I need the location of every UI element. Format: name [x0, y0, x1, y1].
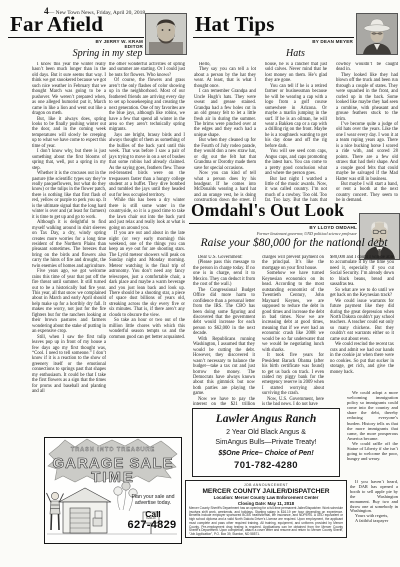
omdahl-title: Omdahl's Out Look	[191, 202, 344, 220]
mercer-county-job-ad: JOB ANNOUNCEMENT MERCER COUNTY JAILER/DI…	[185, 480, 347, 538]
mercer-ad-kicker: JOB ANNOUNCEMENT	[189, 483, 343, 487]
omdahl-column-2: charges will prevent payment on the prin…	[262, 255, 324, 405]
omdahl-credit-line: Former lieutenant governor, UND politica…	[200, 231, 357, 236]
hat-tips-column-2: house, he is a rancher that just sold ca…	[265, 62, 327, 204]
lawler-ad-title: Lawler Angus Ranch	[193, 413, 339, 425]
hat-tips-column-1: Hello,They say you can tell a lot about …	[194, 62, 256, 204]
garage-sale-ad: SALE TRASH INTO TREASURE GARAGE SALE TIM…	[44, 437, 182, 544]
omdahl-column-1: Dear U.S. Government:(Please pass this m…	[193, 255, 255, 405]
newspaper-page: 4— New Town News, Friday, April 20, 2018…	[0, 0, 400, 567]
garage-ad-title-line2: TIME	[45, 469, 181, 486]
lawler-ad-phone-number: 701-782-4280	[193, 460, 339, 471]
garage-ad-banner: TRASH INTO TREASURE	[45, 447, 181, 453]
mercer-ad-fine-print: Mercer County Sheriff’s Department has a…	[189, 507, 343, 537]
mercer-ad-location: Location: Mercer County Law Enforcement …	[189, 495, 343, 500]
garage-ad-plan-text: Plan your sale and advertise today.	[127, 494, 179, 506]
hat-tips-column-3: cowboy wouldn’t be caught dead in.They l…	[336, 62, 398, 204]
far-afield-rule	[8, 37, 144, 39]
omdahl-column-3-upper: $80,000 and I doubt I will be able to ac…	[330, 255, 394, 388]
omdahl-headline: Raise your $80,000 for the national debt	[190, 237, 398, 249]
lawler-ad-line1: 2 Year Old Black Angus &	[193, 429, 339, 436]
far-afield-column-2: the other wonderful activities of spring…	[109, 62, 185, 435]
lawler-ad-line3: $$One Price– Choice of Pen!	[193, 450, 339, 457]
lawler-angus-ranch-ad: Lawler Angus Ranch 2 Year Old Black Angu…	[192, 408, 340, 477]
omdahl-byline: BY LLOYD OMDAHL	[250, 225, 357, 230]
hat-tips-title: Hat Tips	[195, 14, 275, 35]
lawler-ad-line2: SimAngus Bulls—Private Treaty!	[193, 439, 339, 446]
garage-ad-phone-number: 627-4829	[123, 519, 181, 531]
far-afield-column-1: I know this year the winter really hasn’…	[32, 62, 106, 434]
far-afield-subhead: Spring in my step	[30, 48, 185, 59]
mercer-ad-title: MERCER COUNTY JAILER/DISPATCHER	[189, 488, 343, 495]
hat-tips-byline: BY DEAN MEYER	[268, 39, 353, 44]
garage-ad-call-label: Call	[127, 509, 179, 519]
omdahl-column-3-middle: We could adopt a more welcoming immigrat…	[347, 390, 398, 478]
far-afield-title: Far Afield	[10, 14, 103, 35]
hat-tips-subhead: Hats	[193, 48, 398, 59]
omdahl-column-3-lower: If you haven’t heard, the DAR has opened…	[350, 480, 398, 530]
hat-tips-rule	[193, 37, 354, 39]
mercer-ad-closing-date: Closing Date: May 11, 2018	[189, 501, 343, 506]
